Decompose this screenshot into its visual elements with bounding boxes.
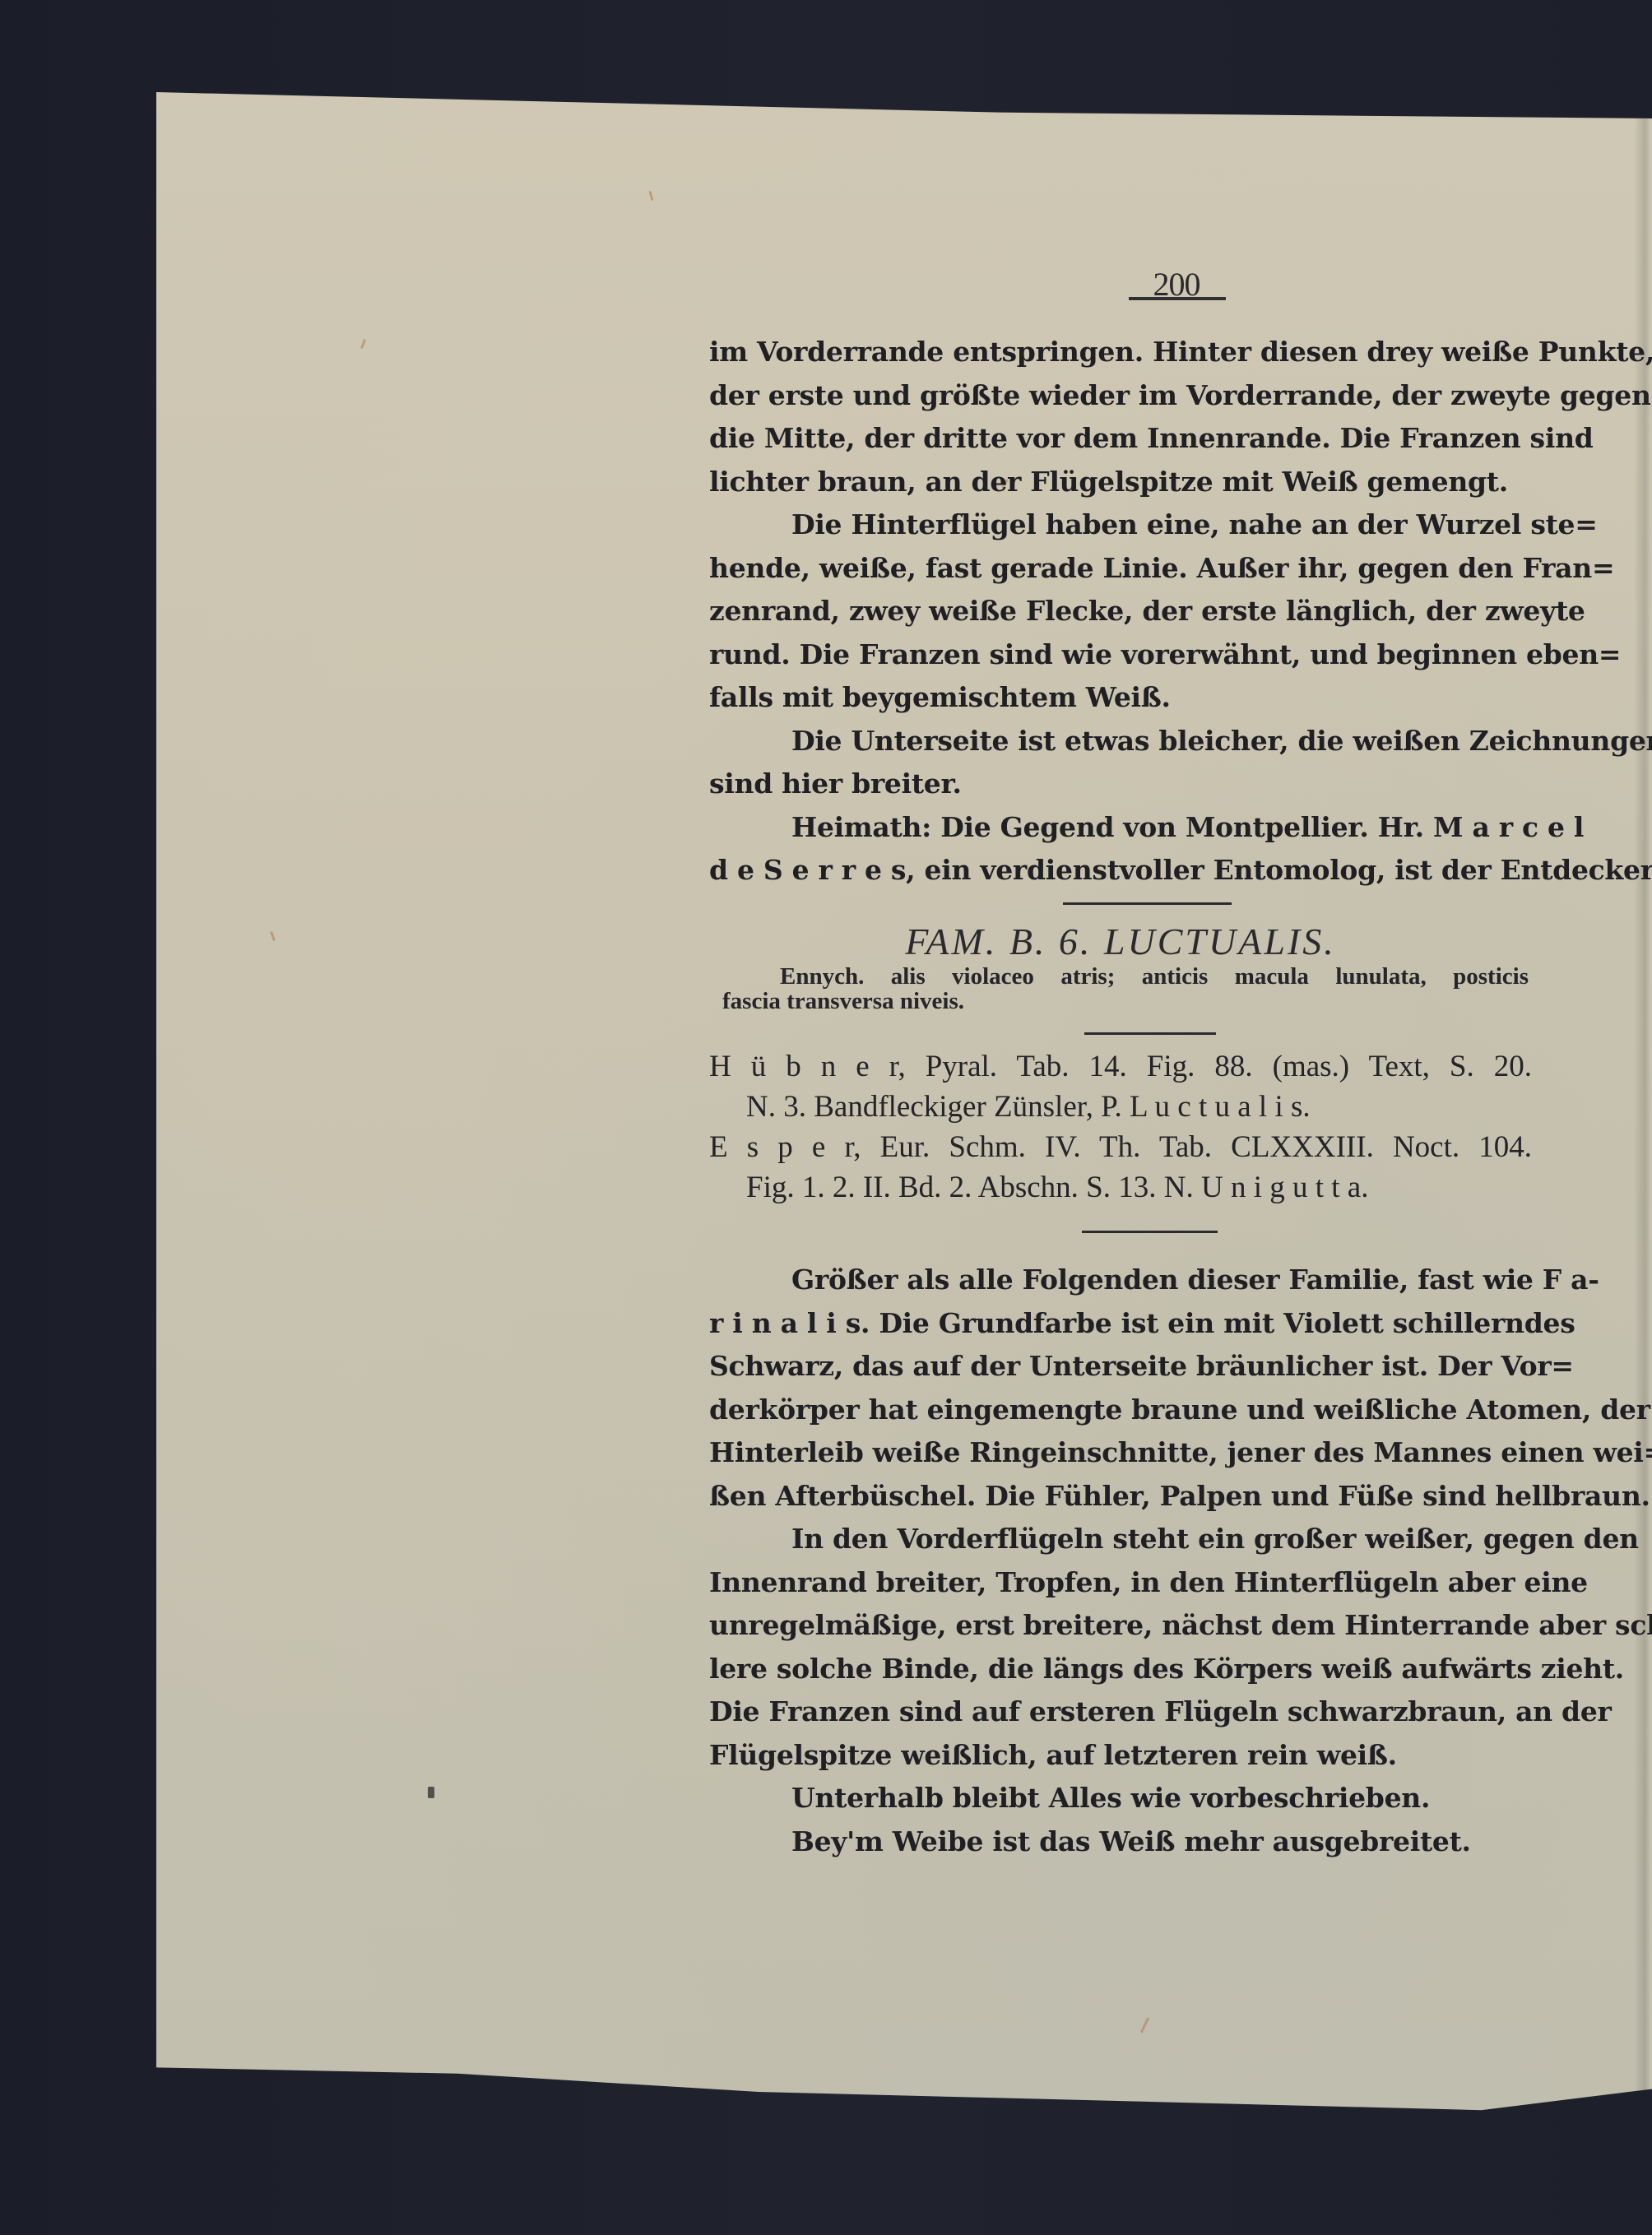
paper-fleck bbox=[428, 1787, 434, 1798]
text-line: Innenrand breiter, Tropfen, in den Hinte… bbox=[709, 1561, 1532, 1605]
text-line: Heimath: Die Gegend von Montpellier. Hr.… bbox=[709, 806, 1532, 850]
paper-fleck bbox=[360, 339, 366, 349]
page-number-underline bbox=[1129, 297, 1226, 300]
text-line: Die Unterseite ist etwas bleicher, die w… bbox=[709, 720, 1532, 763]
reference-line: E s p e r, Eur. Schm. IV. Th. Tab. CLXXX… bbox=[709, 1127, 1532, 1167]
text-line: derkörper hat eingemengte braune und wei… bbox=[709, 1389, 1532, 1432]
text-line: lere solche Binde, die längs des Körpers… bbox=[709, 1648, 1532, 1691]
section-divider bbox=[1063, 902, 1232, 905]
literature-references: H ü b n e r, Pyral. Tab. 14. Fig. 88. (m… bbox=[709, 1046, 1532, 1208]
text-line: hende, weiße, fast gerade Linie. Außer i… bbox=[709, 547, 1532, 591]
paper-fleck bbox=[270, 931, 276, 941]
latin-diagnosis: Ennych. alis violaceo atris; anticis mac… bbox=[722, 964, 1529, 1013]
text-line: fascia transversa niveis. bbox=[722, 989, 1529, 1013]
text-line: im Vorderrande entspringen. Hinter diese… bbox=[709, 331, 1532, 374]
species-heading: FAM. B. 6. LUCTUALIS. bbox=[709, 920, 1532, 963]
text-line: Unterhalb bleibt Alles wie vorbeschriebe… bbox=[709, 1777, 1532, 1820]
text-line: sind hier breiter. bbox=[709, 763, 1532, 806]
text-line: der erste und größte wieder im Vorderran… bbox=[709, 374, 1532, 418]
text-line: d e S e r r e s, ein verdienstvoller Ent… bbox=[709, 849, 1532, 893]
paper-fleck bbox=[1140, 2017, 1149, 2033]
paper-fleck bbox=[648, 191, 653, 201]
body-text-top: im Vorderrande entspringen. Hinter diese… bbox=[709, 331, 1532, 893]
text-line: falls mit beygemischtem Weiß. bbox=[709, 676, 1532, 720]
text-line: Hinterleib weiße Ringeinschnitte, jener … bbox=[709, 1431, 1532, 1475]
text-line: unregelmäßige, erst breitere, nächst dem… bbox=[709, 1604, 1532, 1648]
text-line: rund. Die Franzen sind wie vorerwähnt, u… bbox=[709, 633, 1532, 677]
text-line: Schwarz, das auf der Unterseite bräunlic… bbox=[709, 1345, 1532, 1389]
text-line: r i n a l i s. Die Grundfarbe ist ein mi… bbox=[709, 1302, 1532, 1346]
text-line: Ennych. alis violaceo atris; anticis mac… bbox=[722, 964, 1529, 989]
text-line: Die Franzen sind auf ersteren Flügeln sc… bbox=[709, 1690, 1532, 1734]
text-line: In den Vorderflügeln steht ein großer we… bbox=[709, 1518, 1532, 1561]
reference-line: N. 3. Bandfleckiger Zünsler, P. L u c t … bbox=[709, 1087, 1532, 1127]
section-divider bbox=[1082, 1231, 1218, 1233]
text-line: ßen Afterbüschel. Die Fühler, Palpen und… bbox=[709, 1475, 1532, 1519]
text-line: zenrand, zwey weiße Flecke, der erste lä… bbox=[709, 590, 1532, 633]
section-divider bbox=[1084, 1032, 1216, 1035]
body-text-bottom: Größer als alle Folgenden dieser Familie… bbox=[709, 1259, 1532, 1863]
text-line: Größer als alle Folgenden dieser Familie… bbox=[709, 1259, 1532, 1302]
text-line: Die Hinterflügel haben eine, nahe an der… bbox=[709, 503, 1532, 547]
reference-line: H ü b n e r, Pyral. Tab. 14. Fig. 88. (m… bbox=[709, 1046, 1532, 1087]
reference-line: Fig. 1. 2. II. Bd. 2. Abschn. S. 13. N. … bbox=[709, 1167, 1532, 1208]
text-line: die Mitte, der dritte vor dem Innenrande… bbox=[709, 417, 1532, 461]
text-line: Bey'm Weibe ist das Weiß mehr ausgebreit… bbox=[709, 1820, 1532, 1864]
text-line: lichter braun, an der Flügelspitze mit W… bbox=[709, 461, 1532, 504]
text-line: Flügelspitze weißlich, auf letzteren rei… bbox=[709, 1734, 1532, 1778]
